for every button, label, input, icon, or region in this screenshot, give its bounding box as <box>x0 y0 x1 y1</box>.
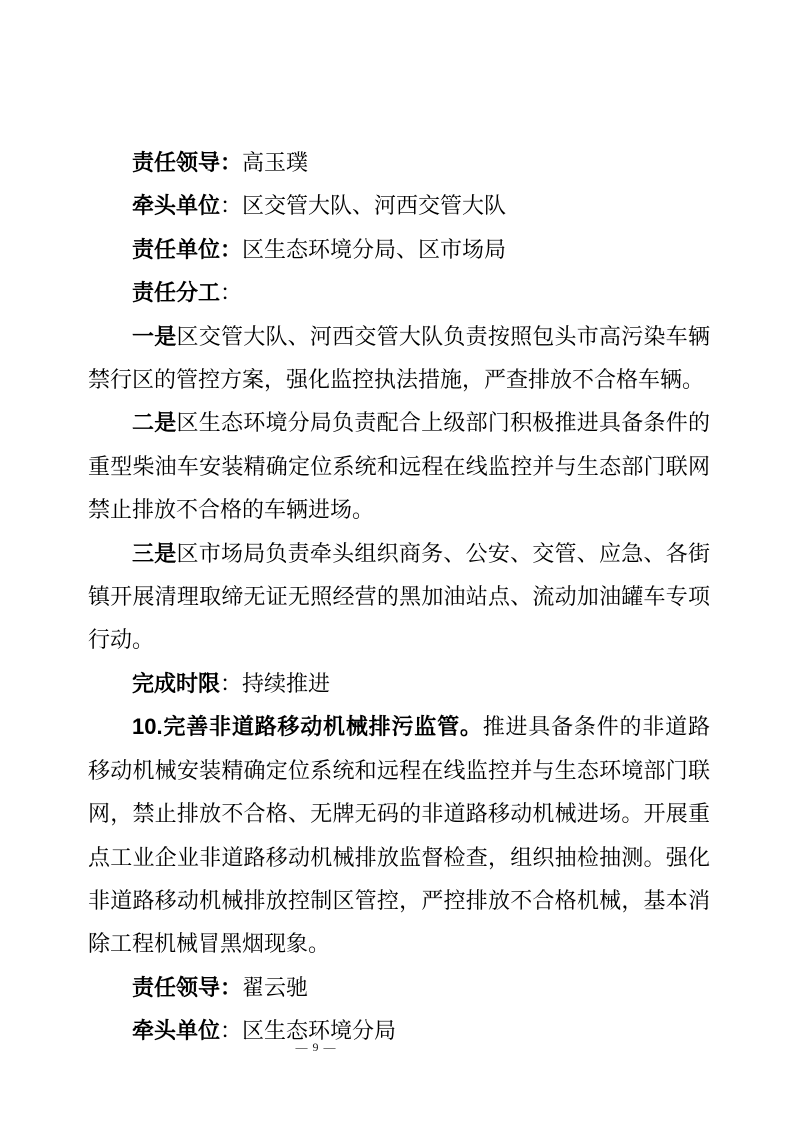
field-label: 责任单位： <box>132 237 242 262</box>
page-number: — 9 — <box>280 1040 352 1055</box>
item-marker: 一是 <box>132 324 176 349</box>
field-label: 牵头单位 <box>132 1018 220 1043</box>
paragraph-duty-division: 责任分工： <box>88 271 710 314</box>
paragraph-lead-unit-1: 牵头单位：区交管大队、河西交管大队 <box>88 184 710 227</box>
paragraph-item-two: 二是区生态环境分局负责配合上级部门积极推进具备条件的重型柴油车安装精确定位系统和… <box>88 401 710 531</box>
document-page: 责任领导：高玉璞 牵头单位：区交管大队、河西交管大队 责任单位：区生态环境分局、… <box>0 0 793 1122</box>
paragraph-responsible-leader-1: 责任领导：高玉璞 <box>88 141 710 184</box>
field-value: ：区交管大队、河西交管大队 <box>220 193 506 218</box>
item-text: 区市场局负责牵头组织商务、公安、交管、应急、各街镇开展清理取缔无证无照经营的黑加… <box>88 541 710 653</box>
item-marker: 三是 <box>132 541 176 566</box>
field-label: 责任领导： <box>132 975 242 1000</box>
paragraph-lead-unit-2: 牵头单位：区生态环境分局 <box>88 1009 710 1052</box>
paragraph-responsible-unit: 责任单位：区生态环境分局、区市场局 <box>88 228 710 271</box>
item-text: 区交管大队、河西交管大队负责按照包头市高污染车辆禁行区的管控方案，强化监控执法措… <box>88 324 710 392</box>
field-value: 区生态环境分局、区市场局 <box>242 237 506 262</box>
paragraph-item-one: 一是区交管大队、河西交管大队负责按照包头市高污染车辆禁行区的管控方案，强化监控执… <box>88 315 710 402</box>
paragraph-deadline: 完成时限：持续推进 <box>88 662 710 705</box>
paragraph-item-three: 三是区市场局负责牵头组织商务、公安、交管、应急、各街镇开展清理取缔无证无照经营的… <box>88 532 710 662</box>
section-text: 推进具备条件的非道路移动机械安装精确定位系统和远程在线监控并与生态环境部门联网，… <box>88 714 710 956</box>
document-body: 责任领导：高玉璞 牵头单位：区交管大队、河西交管大队 责任单位：区生态环境分局、… <box>88 141 710 1053</box>
field-label: 牵头单位 <box>132 193 220 218</box>
field-value: 翟云驰 <box>242 975 308 1000</box>
field-value: ： <box>220 280 242 305</box>
item-marker: 二是 <box>132 410 176 435</box>
field-label: 完成时限 <box>132 671 220 696</box>
paragraph-section-10: 10.完善非道路移动机械排污监管。推进具备条件的非道路移动机械安装精确定位系统和… <box>88 705 710 965</box>
field-value: 高玉璞 <box>242 150 308 175</box>
paragraph-responsible-leader-2: 责任领导：翟云驰 <box>88 966 710 1009</box>
section-heading: 10.完善非道路移动机械排污监管。 <box>132 714 483 739</box>
item-text: 区生态环境分局负责配合上级部门积极推进具备条件的重型柴油车安装精确定位系统和远程… <box>88 410 710 522</box>
field-label: 责任分工 <box>132 280 220 305</box>
field-label: 责任领导： <box>132 150 242 175</box>
field-value: ：持续推进 <box>220 671 330 696</box>
